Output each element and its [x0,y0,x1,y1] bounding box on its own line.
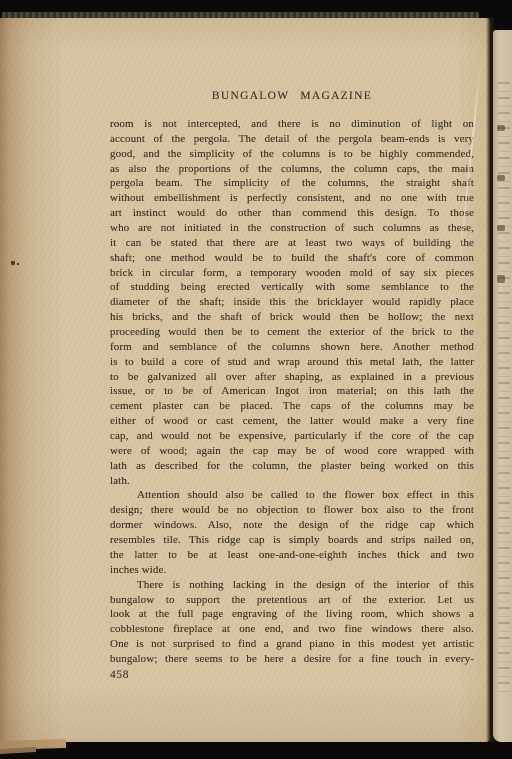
text-line: as also the proportions of the columns, … [110,162,474,177]
text-line: inches wide. [110,563,474,578]
text-line: of studding being erected vertically wit… [110,280,474,295]
text-line: his bricks, and the shaft of brick would… [110,310,474,325]
article-text: room is not intercepted, and there is no… [110,117,474,667]
text-line: good, and the simplicity of the columns … [110,147,474,162]
text-line: it can be stated that there are at least… [110,236,474,251]
text-line: shaft; one method would be to build the … [110,251,474,266]
text-line: to be galvanized all over after shaping,… [110,370,474,385]
magazine-page: BUNGALOW MAGAZINE room is not intercepte… [0,18,490,742]
text-line: the latter to be at least one-and-one-ei… [110,548,474,563]
text-line: One is not surprised to find a grand pia… [110,637,474,652]
text-line: resembles tile. This ridge cap is simply… [110,533,474,548]
text-line: Attention should also be called to the f… [110,488,474,503]
text-line: room is not intercepted, and there is no… [110,117,474,132]
text-line: dormer windows. Also, note the design of… [110,518,474,533]
text-line: lath. [110,474,474,489]
magazine-title: BUNGALOW MAGAZINE [110,90,474,105]
text-line: design; there would be no objection to f… [110,503,474,518]
adjacent-page-print-blot [497,225,505,231]
adjacent-page-print-blot [497,175,505,181]
text-line: proceeding would then be to cement the e… [110,325,474,340]
text-line: look at the full page engraving of the l… [110,607,474,622]
text-line: cap, and would not be expensive, particu… [110,429,474,444]
text-line: brick in circular form, a temporary wood… [110,266,474,281]
text-line: without embellishment is perfectly consi… [110,191,474,206]
text-line: There is nothing lacking in the design o… [110,578,474,593]
text-line: form and semblance of the columns shown … [110,340,474,355]
text-line: either of wood or cast cement, the latte… [110,414,474,429]
text-line: issue, or to be of American Ingot iron m… [110,384,474,399]
text-line: account of the pergola. The detail of th… [110,132,474,147]
adjacent-page-edge [493,30,512,742]
adjacent-page-print-blot [497,275,505,283]
text-line: is to build a core of stud and wrap arou… [110,355,474,370]
text-line: were of wood; again the cap may be of wo… [110,444,474,459]
adjacent-page-print [498,82,510,692]
text-line: art instinct would do other than commend… [110,206,474,221]
text-line: lath as described for the column, the pl… [110,459,474,474]
text-line: cement plaster can be placed. The caps o… [110,399,474,414]
text-line: pergola beam. The simplicity of the colu… [110,176,474,191]
scanned-book-photo: BUNGALOW MAGAZINE room is not intercepte… [0,0,512,759]
page-stack-edge [0,747,36,754]
adjacent-page-print-blot [497,125,505,131]
text-line: bungalow to support the pretentious art … [110,593,474,608]
text-line: diameter of the shaft; inside this the b… [110,295,474,310]
text-line: bungalow; there seems to be here a desir… [110,652,474,667]
ink-mark [11,261,15,265]
text-line: who are not initiated in the constructio… [110,221,474,236]
page-number: 458 [110,669,129,681]
text-line: cobblestone fireplace at one end, and tw… [110,622,474,637]
